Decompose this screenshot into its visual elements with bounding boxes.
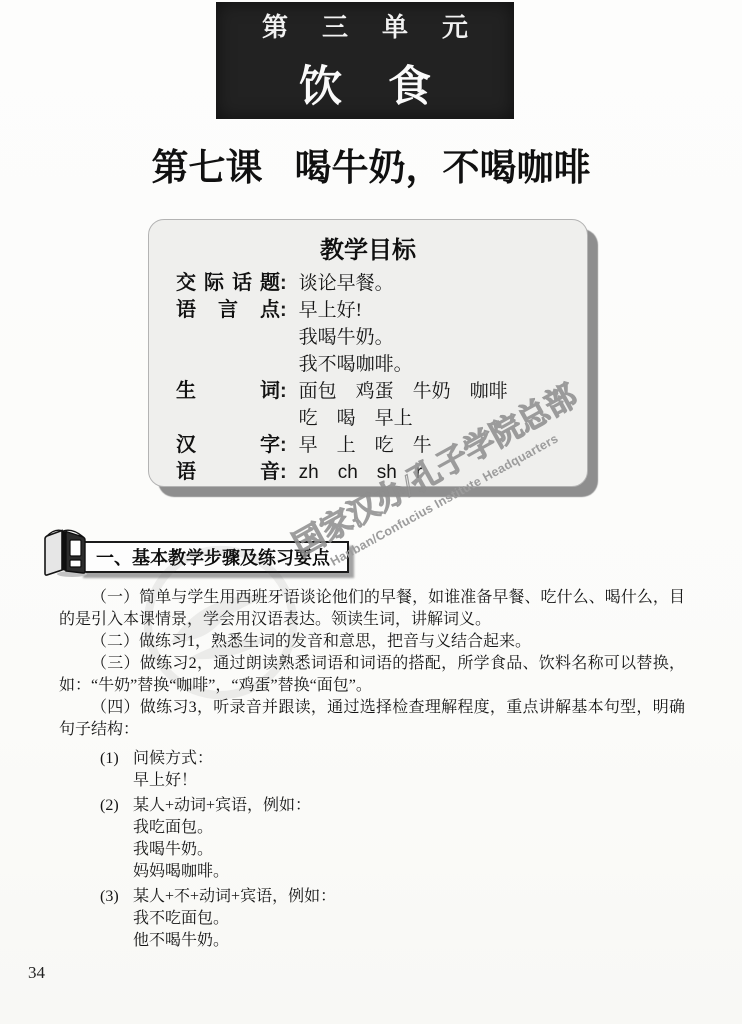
label-colon: :: [280, 297, 287, 324]
unit-title: 饮食: [253, 53, 477, 114]
objective-label: 语音: [176, 459, 280, 486]
list-item: (3) 某人+不+动词+宾语，例如： 我不吃面包。 他不喝牛奶。: [59, 886, 685, 952]
list-item-number: (3): [100, 886, 133, 952]
section-heading-box: 一、基本教学步骤及练习要点: [78, 541, 349, 573]
objective-content: 早上好! 我喝牛奶。 我不喝咖啡。: [299, 297, 413, 378]
label-colon: :: [280, 459, 287, 486]
body-text: （一）简单与学生用西班牙语谈论他们的早餐，如谁准备早餐、吃什么、喝什么，目的是引…: [59, 587, 685, 952]
list-item-number: (2): [100, 795, 133, 883]
textbook-page: 第三单元 饮食 第七课喝牛奶，不喝咖啡 教学目标 交际话题: 谈论早餐。 语言点…: [0, 0, 742, 1024]
list-item-body: 某人+不+动词+宾语，例如： 我不吃面包。 他不喝牛奶。: [133, 886, 336, 952]
objective-line: 谈论早餐。: [299, 270, 394, 297]
sentence-pattern-list: (1) 问候方式： 早上好！ (2) 某人+动词+宾语，例如： 我吃面包。 我喝…: [59, 748, 685, 952]
objective-line: 面包 鸡蛋 牛奶 咖啡: [299, 378, 508, 405]
list-item-title: 某人+不+动词+宾语，例如：: [133, 886, 336, 908]
objective-row: 语音: zh ch sh r: [176, 459, 569, 486]
objective-row: 生词: 面包 鸡蛋 牛奶 咖啡 吃 喝 早上: [176, 378, 569, 432]
lesson-title: 第七课喝牛奶，不喝咖啡: [0, 137, 742, 191]
label-colon: :: [280, 432, 287, 459]
objective-label: 汉字: [176, 432, 280, 459]
unit-number: 第三单元: [228, 7, 502, 44]
example-sentence: 妈妈喝咖啡。: [133, 861, 311, 883]
example-sentence: 我喝牛奶。: [133, 839, 311, 861]
list-item: (2) 某人+动词+宾语，例如： 我吃面包。 我喝牛奶。 妈妈喝咖啡。: [59, 795, 685, 883]
list-item: (1) 问候方式： 早上好！: [59, 748, 685, 792]
section-heading: 一、基本教学步骤及练习要点: [96, 544, 330, 570]
objective-row: 语言点: 早上好! 我喝牛奶。 我不喝咖啡。: [176, 297, 569, 378]
paragraph-2: （二）做练习1，熟悉生词的发音和意思，把音与义结合起来。: [59, 631, 685, 653]
list-item-title: 问候方式：: [133, 748, 213, 770]
teaching-objectives-box: 教学目标 交际话题: 谈论早餐。 语言点: 早上好! 我喝牛奶。 我不喝咖啡。 …: [148, 219, 588, 487]
objective-line: 吃 喝 早上: [299, 405, 508, 432]
objective-label: 交际话题: [176, 270, 280, 297]
list-item-body: 某人+动词+宾语，例如： 我吃面包。 我喝牛奶。 妈妈喝咖啡。: [133, 795, 311, 883]
objective-content: zh ch sh r: [299, 459, 423, 486]
objective-line-pinyin: zh ch sh r: [299, 459, 423, 486]
objective-row: 交际话题: 谈论早餐。: [176, 270, 569, 297]
unit-banner: 第三单元 饮食: [216, 2, 514, 119]
objective-content: 面包 鸡蛋 牛奶 咖啡 吃 喝 早上: [299, 378, 508, 432]
page-number: 34: [28, 963, 45, 983]
objective-label: 生词: [176, 378, 280, 405]
objective-label: 语言点: [176, 297, 280, 324]
objective-line: 早 上 吃 牛: [299, 432, 432, 459]
objective-content: 谈论早餐。: [299, 270, 394, 297]
objective-line: 我不喝咖啡。: [299, 351, 413, 378]
objective-line: 早上好!: [299, 297, 413, 324]
list-item-number: (1): [100, 748, 133, 792]
label-colon: :: [280, 270, 287, 297]
lesson-number: 第七课: [152, 148, 263, 189]
list-item-body: 问候方式： 早上好！: [133, 748, 213, 792]
paragraph-4: （四）做练习3，听录音并跟读，通过选择检查理解程度，重点讲解基本句型，明确句子结…: [59, 697, 685, 741]
objective-content: 早 上 吃 牛: [299, 432, 432, 459]
example-sentence: 我不吃面包。: [133, 908, 336, 930]
paragraph-3: （三）做练习2，通过朗读熟悉词语和词语的搭配，所学食品、饮料名称可以替换，如：“…: [59, 653, 685, 697]
example-sentence: 他不喝牛奶。: [133, 930, 336, 952]
lesson-name: 喝牛奶，不喝咖啡: [295, 148, 591, 189]
list-item-title: 某人+动词+宾语，例如：: [133, 795, 311, 817]
open-book-icon: [41, 526, 89, 578]
label-colon: :: [280, 378, 287, 405]
objective-row: 汉字: 早 上 吃 牛: [176, 432, 569, 459]
objective-line: 我喝牛奶。: [299, 324, 413, 351]
example-sentence: 我吃面包。: [133, 817, 311, 839]
example-sentence: 早上好！: [133, 770, 213, 792]
objectives-title: 教学目标: [167, 230, 569, 265]
paragraph-1: （一）简单与学生用西班牙语谈论他们的早餐，如谁准备早餐、吃什么、喝什么，目的是引…: [59, 587, 685, 631]
